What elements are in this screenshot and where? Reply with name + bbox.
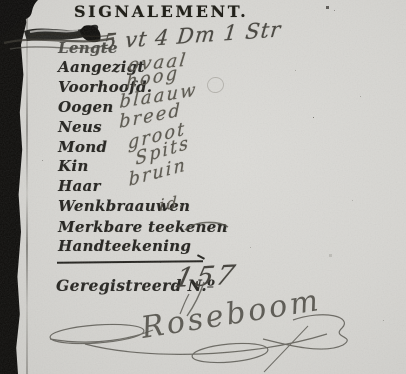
field-label-oogen: Oogen: [58, 98, 114, 116]
divider-line-tick: [197, 254, 205, 259]
signalement-document: SIGNALEMENT. Lengte Aangezigt Voorhoofd.…: [0, 0, 406, 374]
field-value-lengte: 5 vt 4 Dm 1 Str: [102, 17, 283, 54]
field-label-neus: Neus: [58, 118, 102, 136]
field-label-haar: Haar: [58, 177, 101, 195]
signature-block: Roseboom: [25, 292, 365, 374]
field-label-kin: Kin: [58, 157, 89, 175]
pen-dash-mark: [183, 218, 231, 234]
field-label-mond: Mond: [58, 138, 107, 156]
field-label-handteekening: Handteekening: [58, 237, 191, 255]
signature-name: Roseboom: [138, 292, 324, 346]
faint-ink-circle: [206, 75, 226, 94]
page-title: SIGNALEMENT.: [74, 2, 248, 21]
